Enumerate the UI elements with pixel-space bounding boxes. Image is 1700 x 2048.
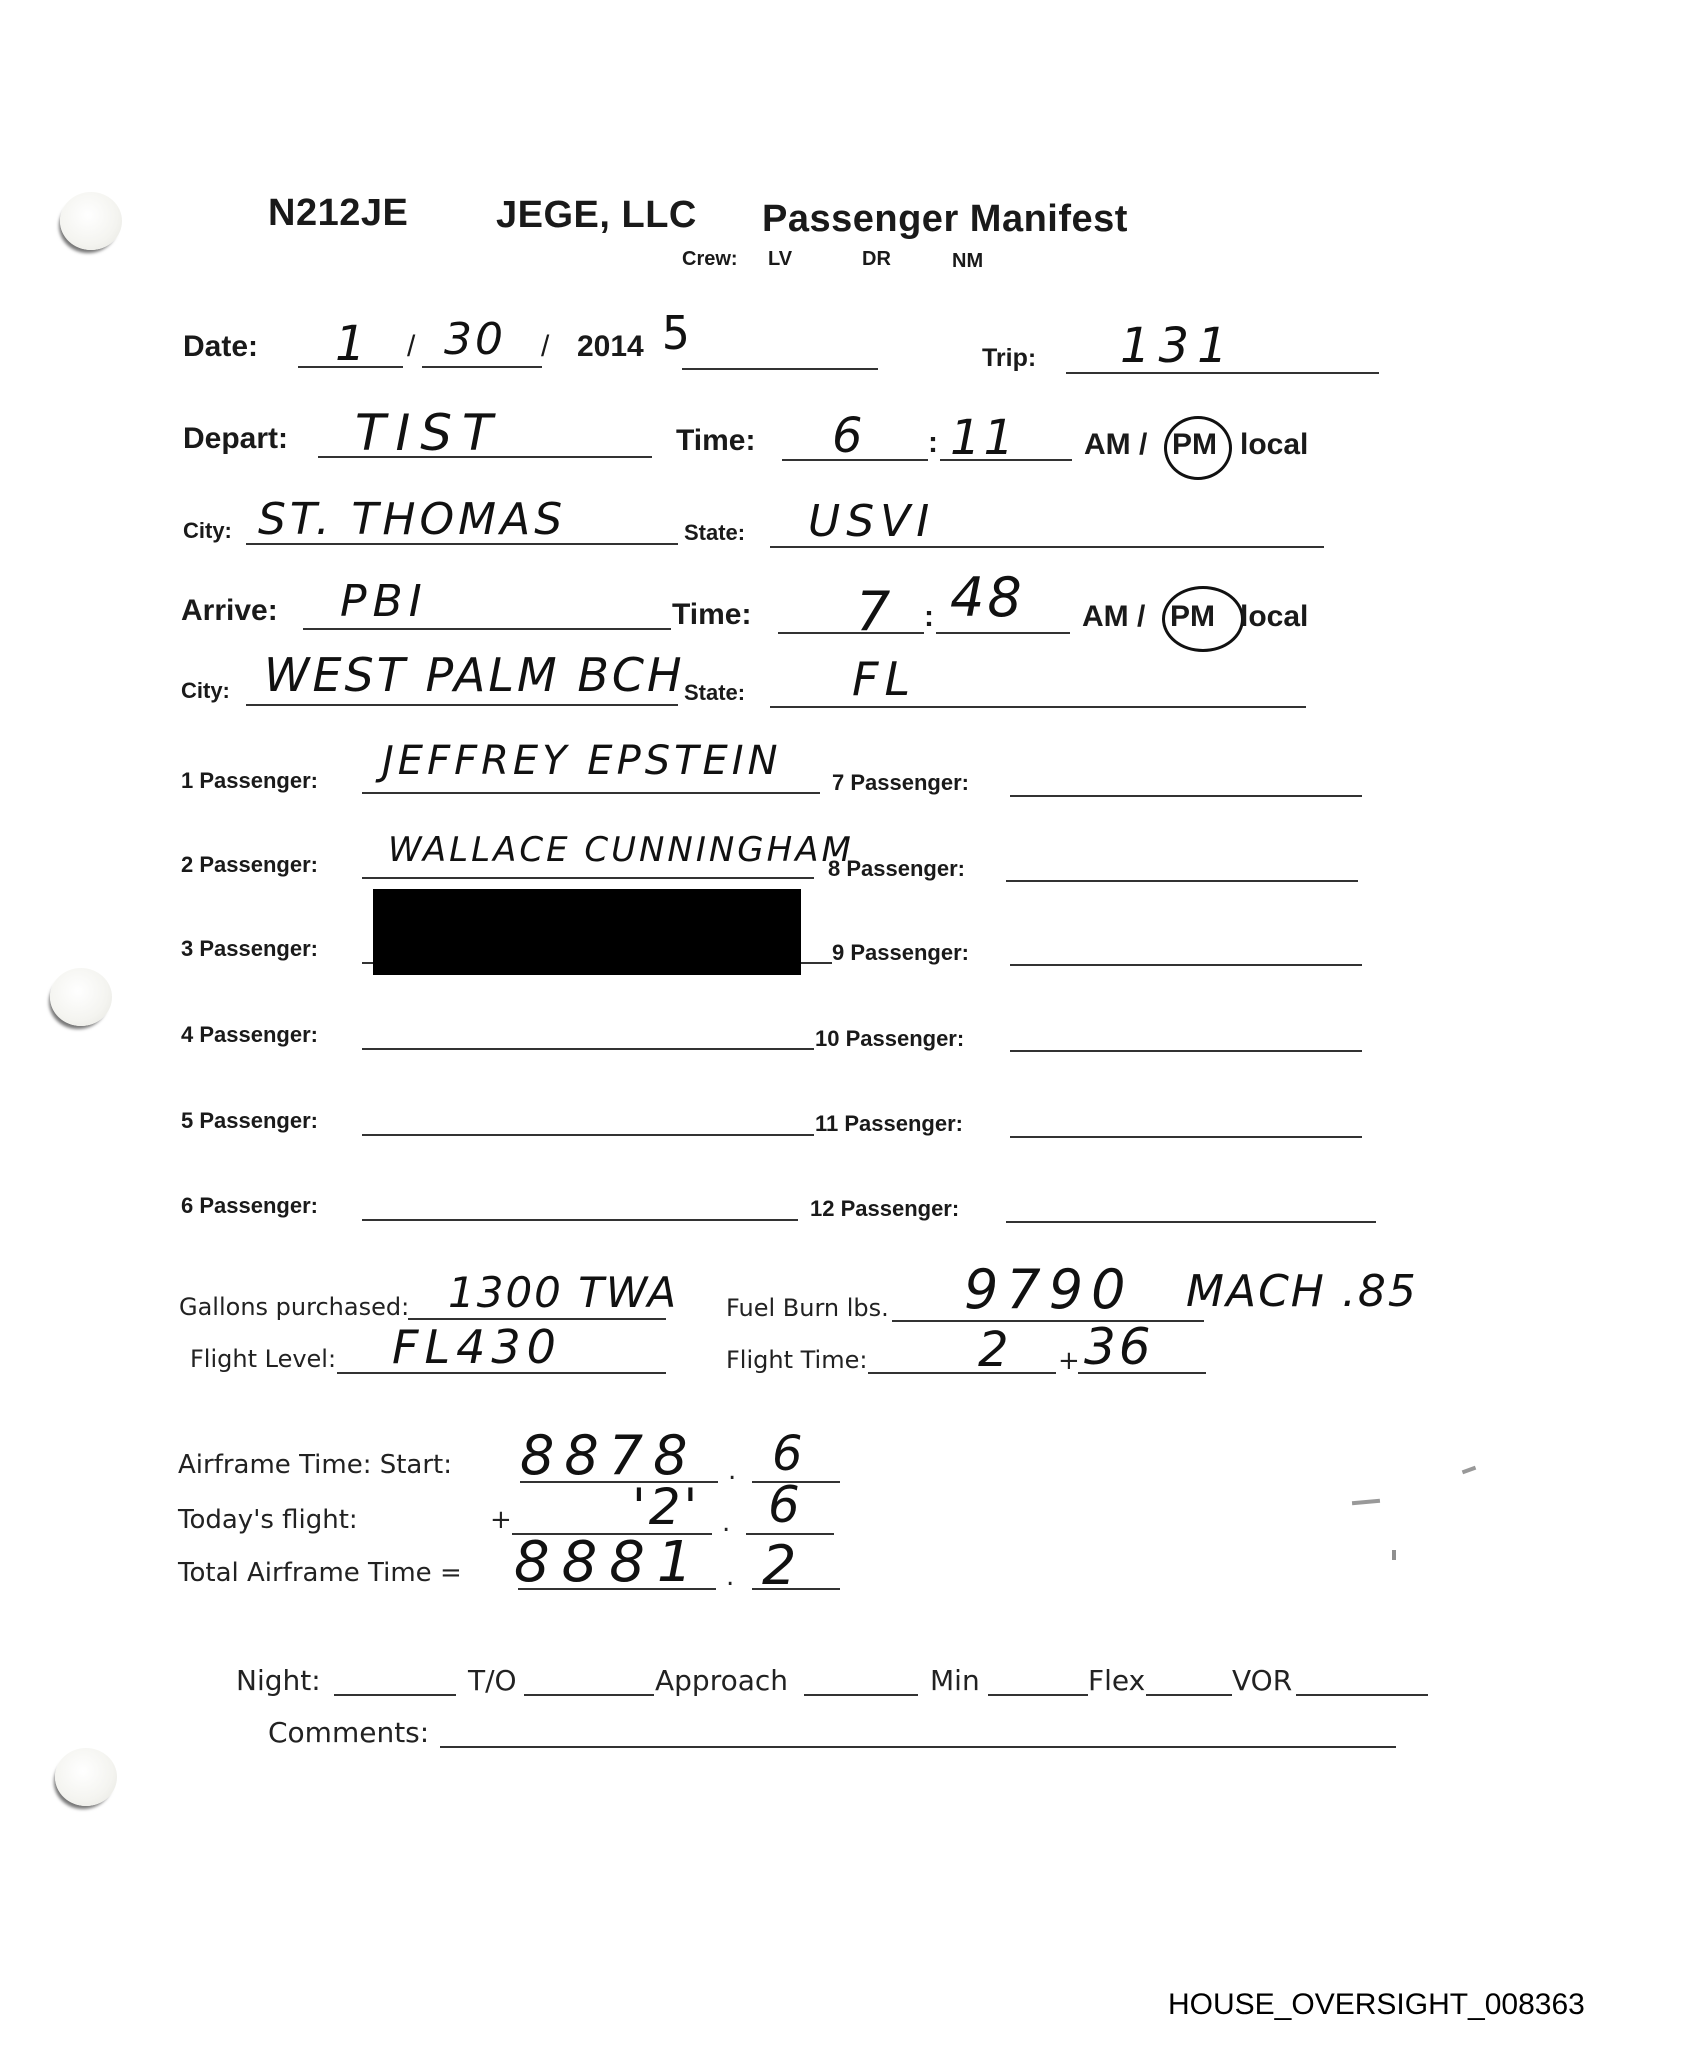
trip-label: Trip: bbox=[982, 344, 1036, 373]
date-sep: / bbox=[541, 330, 549, 364]
date-month-field[interactable]: 1 bbox=[335, 316, 369, 372]
fuel-burn-label: Fuel Burn lbs. bbox=[726, 1294, 889, 1322]
depart-field[interactable]: TIST bbox=[355, 404, 503, 462]
binder-hole-top bbox=[60, 192, 122, 250]
passenger-9-label: 9 Passenger: bbox=[832, 940, 969, 966]
company-name: JEGE, LLC bbox=[496, 194, 697, 237]
passenger-7-label: 7 Passenger: bbox=[832, 770, 969, 796]
passenger-3-redaction bbox=[373, 889, 801, 975]
min-line[interactable] bbox=[988, 1694, 1088, 1696]
arrive-city-field[interactable]: WEST PALM BCH bbox=[264, 648, 685, 702]
passenger-1-label: 1 Passenger: bbox=[181, 768, 318, 794]
flight-level-label: Flight Level: bbox=[190, 1345, 336, 1373]
scan-artifact bbox=[1462, 1466, 1477, 1475]
passenger-6-line[interactable] bbox=[362, 1219, 798, 1221]
min-label: Min bbox=[930, 1664, 980, 1697]
todays-flight-plus: + bbox=[490, 1505, 512, 1535]
date-label: Date: bbox=[183, 330, 258, 364]
vor-line[interactable] bbox=[1296, 1694, 1428, 1696]
form-title: Passenger Manifest bbox=[762, 198, 1128, 241]
depart-city-label: City: bbox=[183, 518, 232, 544]
date-sep: / bbox=[407, 330, 415, 364]
gallons-label: Gallons purchased: bbox=[179, 1293, 409, 1321]
depart-time-colon: : bbox=[928, 426, 938, 460]
passenger-5-label: 5 Passenger: bbox=[181, 1108, 318, 1134]
total-airframe-dot: . bbox=[726, 1562, 734, 1592]
passenger-12-label: 12 Passenger: bbox=[810, 1196, 959, 1222]
binder-hole-middle bbox=[50, 968, 112, 1026]
crew-member: DR bbox=[862, 248, 891, 271]
scan-artifact bbox=[1392, 1550, 1396, 1560]
airframe-start-label: Airframe Time: Start: bbox=[178, 1450, 452, 1480]
fuel-burn-field[interactable]: 9790 bbox=[964, 1258, 1133, 1321]
arrive-pm-circle bbox=[1162, 586, 1244, 652]
passenger-1-line bbox=[362, 792, 820, 794]
flex-line[interactable] bbox=[1146, 1694, 1232, 1696]
depart-state-field[interactable]: USVI bbox=[808, 496, 935, 547]
approach-line[interactable] bbox=[804, 1694, 918, 1696]
arrive-label: Arrive: bbox=[181, 594, 278, 628]
flight-level-field[interactable]: FL430 bbox=[392, 1320, 562, 1374]
flight-time-minutes-field[interactable]: 36 bbox=[1084, 1318, 1154, 1376]
arrive-city-line bbox=[246, 704, 678, 706]
passenger-10-line[interactable] bbox=[1010, 1050, 1362, 1052]
passenger-3-label: 3 Passenger: bbox=[181, 936, 318, 962]
takeoff-line[interactable] bbox=[524, 1694, 654, 1696]
passenger-8-line[interactable] bbox=[1006, 880, 1358, 882]
depart-time-label: Time: bbox=[676, 424, 755, 458]
passenger-10-label: 10 Passenger: bbox=[815, 1026, 964, 1052]
arrive-state-field[interactable]: FL bbox=[852, 652, 916, 706]
depart-label: Depart: bbox=[183, 422, 288, 456]
depart-state-label: State: bbox=[684, 520, 745, 546]
depart-hour-field[interactable]: 6 bbox=[832, 408, 866, 464]
passenger-12-line[interactable] bbox=[1006, 1221, 1376, 1223]
crew-member: LV bbox=[768, 248, 792, 271]
passenger-4-label: 4 Passenger: bbox=[181, 1022, 318, 1048]
crew-member: NM bbox=[952, 250, 983, 273]
passenger-2-field[interactable]: WALLACE CUNNINGHAM bbox=[388, 830, 854, 870]
todays-flight-label: Today's flight: bbox=[178, 1505, 358, 1535]
approach-label: Approach bbox=[655, 1664, 788, 1697]
depart-city-field[interactable]: ST. THOMAS bbox=[258, 494, 566, 545]
flight-time-hours-field[interactable]: 2 bbox=[978, 1322, 1012, 1378]
passenger-9-line[interactable] bbox=[1010, 964, 1362, 966]
passenger-11-label: 11 Passenger: bbox=[815, 1111, 963, 1137]
arrive-field[interactable]: PBI bbox=[340, 576, 428, 627]
arrive-local-label: local bbox=[1240, 600, 1308, 634]
arrive-hour-line bbox=[778, 632, 924, 634]
date-year-line bbox=[682, 368, 878, 370]
todays-flight-whole-field[interactable]: '2' bbox=[632, 1478, 700, 1536]
passenger-6-label: 6 Passenger: bbox=[181, 1193, 318, 1219]
date-day-line bbox=[422, 366, 542, 368]
airframe-start-decimal-field[interactable]: 6 bbox=[772, 1426, 806, 1482]
trip-field[interactable]: 131 bbox=[1120, 318, 1236, 374]
night-line[interactable] bbox=[334, 1694, 456, 1696]
passenger-8-label: 8 Passenger: bbox=[828, 856, 965, 882]
todays-flight-decimal-field[interactable]: 6 bbox=[768, 1476, 803, 1534]
arrive-line bbox=[303, 628, 671, 630]
binder-hole-bottom bbox=[55, 1748, 117, 1806]
passenger-7-line[interactable] bbox=[1010, 795, 1362, 797]
airframe-start-dot: . bbox=[728, 1456, 736, 1486]
fuel-burn-note: MACH .85 bbox=[1186, 1266, 1418, 1317]
takeoff-label: T/O bbox=[468, 1664, 517, 1697]
gallons-field[interactable]: 1300 TWA bbox=[448, 1268, 678, 1317]
arrive-minute-field[interactable]: 48 bbox=[950, 566, 1025, 629]
date-year-printed: 2014 bbox=[577, 330, 644, 364]
arrive-state-line bbox=[770, 706, 1306, 708]
total-airframe-decimal-field[interactable]: 2 bbox=[762, 1534, 799, 1597]
bates-number: HOUSE_OVERSIGHT_008363 bbox=[1168, 1988, 1585, 2022]
total-airframe-label: Total Airframe Time = bbox=[178, 1558, 462, 1588]
arrive-minute-line bbox=[936, 632, 1070, 634]
vor-label: VOR bbox=[1232, 1664, 1292, 1697]
date-day-field[interactable]: 30 bbox=[444, 314, 506, 365]
flight-time-plus: + bbox=[1058, 1346, 1080, 1376]
comments-label: Comments: bbox=[268, 1716, 429, 1749]
arrive-am-option[interactable]: AM / bbox=[1082, 600, 1145, 634]
depart-minute-field[interactable]: 11 bbox=[950, 410, 1017, 466]
depart-am-option[interactable]: AM / bbox=[1084, 428, 1147, 462]
depart-pm-circle bbox=[1164, 416, 1232, 480]
passenger-2-label: 2 Passenger: bbox=[181, 852, 318, 878]
night-label: Night: bbox=[236, 1664, 321, 1697]
date-year-correction: 5 bbox=[662, 306, 693, 360]
flight-time-label: Flight Time: bbox=[726, 1346, 867, 1374]
tail-number: N212JE bbox=[268, 192, 408, 235]
todays-flight-dot: . bbox=[722, 1508, 730, 1538]
flight-time-hours-line bbox=[868, 1372, 1056, 1374]
arrive-hour-field[interactable]: 7 bbox=[856, 580, 893, 643]
passenger-1-field[interactable]: JEFFREY EPSTEIN bbox=[382, 738, 782, 784]
depart-local-label: local bbox=[1240, 428, 1308, 462]
flex-label: Flex bbox=[1088, 1664, 1145, 1697]
arrive-time-colon: : bbox=[924, 600, 934, 634]
arrive-city-label: City: bbox=[181, 678, 230, 704]
passenger-2-line bbox=[362, 877, 814, 879]
total-airframe-whole-field[interactable]: 8881 bbox=[514, 1530, 705, 1595]
passenger-5-line[interactable] bbox=[362, 1134, 814, 1136]
comments-line[interactable] bbox=[440, 1746, 1396, 1748]
passenger-11-line[interactable] bbox=[1010, 1136, 1362, 1138]
arrive-state-label: State: bbox=[684, 680, 745, 706]
crew-label: Crew: bbox=[682, 248, 738, 271]
scan-artifact bbox=[1352, 1499, 1380, 1505]
arrive-time-label: Time: bbox=[672, 598, 751, 632]
passenger-4-line[interactable] bbox=[362, 1048, 814, 1050]
